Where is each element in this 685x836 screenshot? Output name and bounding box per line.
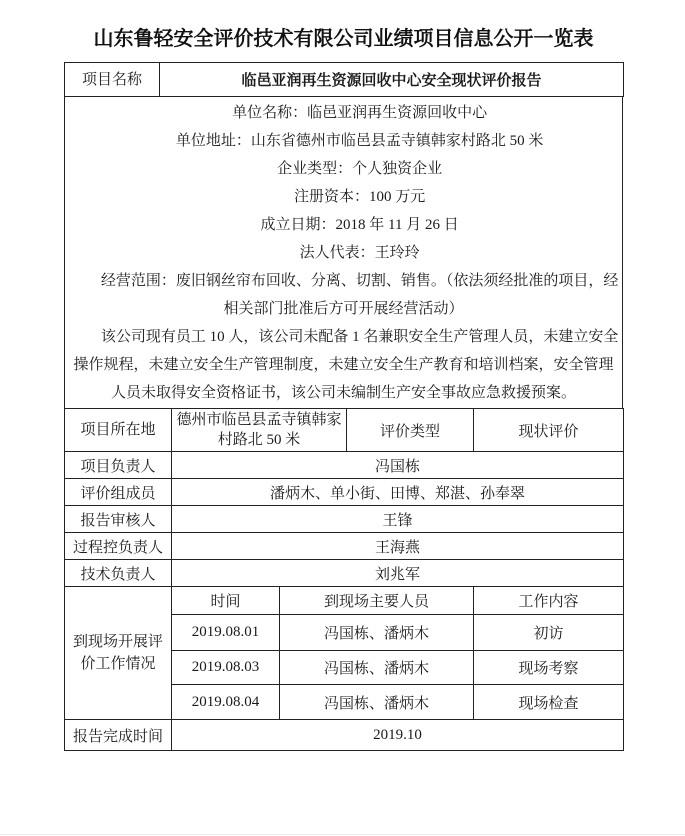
site-work-label: 到现场开展评价工作情况 [65,587,172,720]
company-address-line: 单位地址：山东省德州市临邑县孟寺镇韩家村路北 50 米 [67,127,620,155]
report-completion-value: 2019.10 [172,720,624,751]
project-leader-value: 冯国栋 [172,452,624,479]
company-type-line: 企业类型：个人独资企业 [67,155,620,183]
site-visit-personnel: 冯国栋、潘炳木 [280,651,474,685]
site-work-header-content: 工作内容 [474,587,624,615]
site-visit-content: 现场检查 [474,685,624,720]
site-work-header-personnel: 到现场主要人员 [280,587,474,615]
report-reviewer-value: 王锋 [172,506,624,533]
project-name-value: 临邑亚润再生资源回收中心安全现状评价报告 [160,63,624,97]
project-leader-row: 项目负责人 冯国栋 [65,452,624,479]
site-visit-personnel: 冯国栋、潘炳木 [280,685,474,720]
page-boundary-line [0,834,685,835]
project-leader-label: 项目负责人 [65,452,172,479]
project-name-label: 项目名称 [65,63,160,97]
eval-team-value: 潘炳木、单小街、田博、郑湛、孙奉翠 [172,479,624,506]
project-details-table: 项目所在地 德州市临邑县孟寺镇韩家村路北 50 米 评价类型 现状评价 项目负责… [64,408,624,751]
site-visit-date: 2019.08.01 [172,615,280,651]
eval-team-label: 评价组成员 [65,479,172,506]
business-scope-line: 经营范围：废旧钢丝帘布回收、分离、切割、销售。（依法须经批准的项目，经相关部门批… [67,267,620,323]
process-controller-value: 王海燕 [172,533,624,560]
company-info-row: 单位名称：临邑亚润再生资源回收中心 单位地址：山东省德州市临邑县孟寺镇韩家村路北… [65,97,623,409]
site-visit-date: 2019.08.03 [172,651,280,685]
report-reviewer-row: 报告审核人 王锋 [65,506,624,533]
company-info-table: 单位名称：临邑亚润再生资源回收中心 单位地址：山东省德州市临邑县孟寺镇韩家村路北… [64,96,623,409]
document-page: 山东鲁轻安全评价技术有限公司业绩项目信息公开一览表 项目名称 临邑亚润再生资源回… [0,0,685,836]
site-visit-content: 初访 [474,615,624,651]
page-title: 山东鲁轻安全评价技术有限公司业绩项目信息公开一览表 [64,26,623,52]
report-completion-row: 报告完成时间 2019.10 [65,720,624,751]
eval-type-value: 现状评价 [474,409,624,452]
process-controller-label: 过程控负责人 [65,533,172,560]
registered-capital-line: 注册资本：100 万元 [67,183,620,211]
site-work-header-time: 时间 [172,587,280,615]
company-summary-paragraph: 该公司现有员工 10 人，该公司未配备 1 名兼职安全生产管理人员，未建立安全操… [67,323,620,407]
report-reviewer-label: 报告审核人 [65,506,172,533]
eval-team-row: 评价组成员 潘炳木、单小街、田博、郑湛、孙奉翠 [65,479,624,506]
tech-leader-label: 技术负责人 [65,560,172,587]
site-work-header-row: 到现场开展评价工作情况 时间 到现场主要人员 工作内容 [65,587,624,615]
project-location-value: 德州市临邑县孟寺镇韩家村路北 50 米 [172,409,347,452]
legal-representative-line: 法人代表：王玲玲 [67,239,620,267]
site-visit-content: 现场考察 [474,651,624,685]
location-row: 项目所在地 德州市临邑县孟寺镇韩家村路北 50 米 评价类型 现状评价 [65,409,624,452]
process-controller-row: 过程控负责人 王海燕 [65,533,624,560]
project-name-table: 项目名称 临邑亚润再生资源回收中心安全现状评价报告 [64,62,624,97]
tech-leader-value: 刘兆军 [172,560,624,587]
company-info-cell: 单位名称：临邑亚润再生资源回收中心 单位地址：山东省德州市临邑县孟寺镇韩家村路北… [65,97,623,409]
tech-leader-row: 技术负责人 刘兆军 [65,560,624,587]
founding-date-line: 成立日期：2018 年 11 月 26 日 [67,211,620,239]
company-name-line: 单位名称：临邑亚润再生资源回收中心 [67,99,620,127]
report-completion-label: 报告完成时间 [65,720,172,751]
site-visit-personnel: 冯国栋、潘炳木 [280,615,474,651]
eval-type-label: 评价类型 [347,409,474,452]
document-body: 山东鲁轻安全评价技术有限公司业绩项目信息公开一览表 项目名称 临邑亚润再生资源回… [64,26,623,751]
site-visit-date: 2019.08.04 [172,685,280,720]
project-name-row: 项目名称 临邑亚润再生资源回收中心安全现状评价报告 [65,63,624,97]
project-location-label: 项目所在地 [65,409,172,452]
